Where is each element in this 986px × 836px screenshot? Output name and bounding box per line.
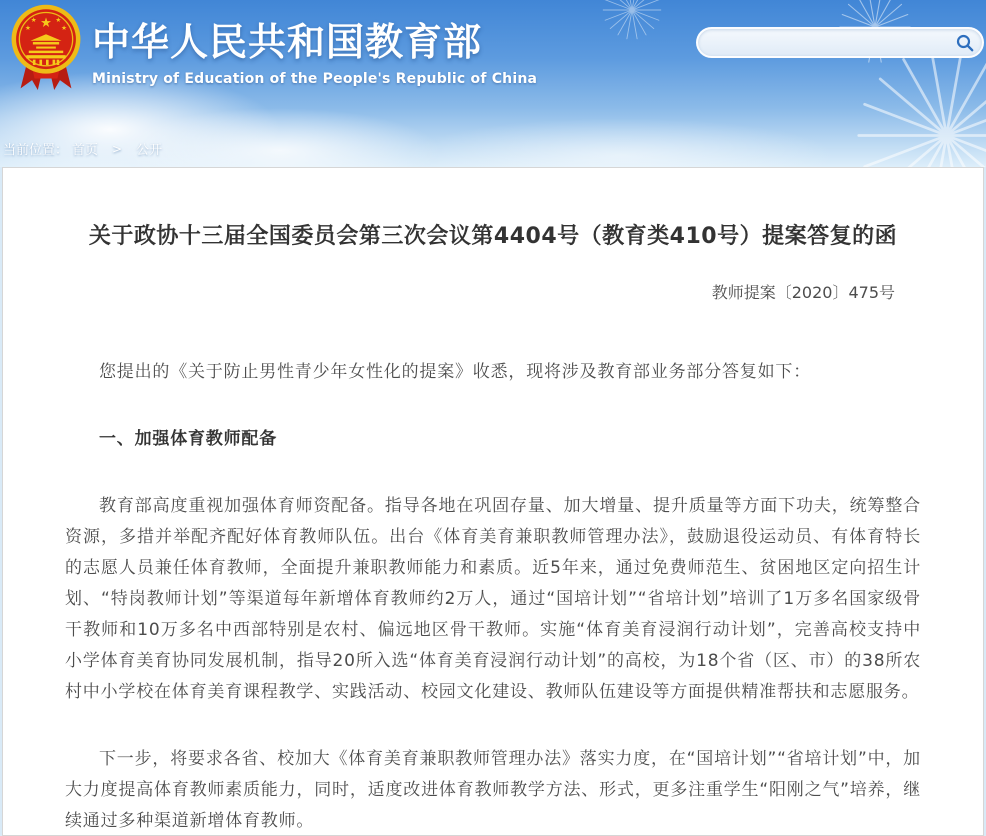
breadcrumb-separator: > — [112, 142, 122, 156]
svg-text:★: ★ — [55, 16, 61, 24]
document-number: 教师提案〔2020〕475号 — [65, 280, 921, 303]
search-icon — [955, 33, 975, 53]
site-logo-link[interactable]: ★ ★ ★ ★ ★ 中华人民共和国教育部 Ministry of Educati… — [5, 3, 485, 95]
search-box — [696, 27, 984, 58]
svg-text:★: ★ — [61, 24, 67, 32]
svg-text:★: ★ — [31, 16, 37, 24]
national-emblem-icon: ★ ★ ★ ★ ★ — [5, 3, 87, 95]
site-subtitle: Ministry of Education of the People's Re… — [92, 71, 537, 87]
breadcrumb-item-home[interactable]: 首页 — [72, 139, 98, 158]
next-steps-paragraph: 下一步，将要求各省、校加大《体育美育兼职教师管理办法》落实力度，在“国培计划”“… — [65, 744, 921, 836]
search-input[interactable] — [698, 29, 948, 56]
breadcrumb-location-label: 当前位置： — [3, 139, 68, 158]
search-button[interactable] — [948, 29, 982, 56]
body-paragraph: 教育部高度重视加强体育师资配备。指导各地在巩固存量、加大增量、提升质量等方面下功… — [65, 491, 921, 708]
breadcrumb: 当前位置： 首页 > 公开 — [3, 139, 162, 158]
breadcrumb-item-open[interactable]: 公开 — [136, 139, 162, 158]
intro-paragraph: 您提出的《关于防止男性青少年女性化的提案》收悉，现将涉及教育部业务部分答复如下： — [65, 357, 921, 388]
site-title: 中华人民共和国教育部 — [92, 11, 537, 66]
site-header: ★ ★ ★ ★ ★ 中华人民共和国教育部 Ministry of Educati… — [0, 0, 986, 167]
site-title-group: 中华人民共和国教育部 Ministry of Education of the … — [92, 11, 537, 87]
cloud-decoration — [406, 118, 836, 167]
svg-text:★: ★ — [25, 24, 31, 32]
cloud-decoration — [120, 108, 440, 167]
document-title: 关于政协十三届全国委员会第三次会议第4404号（教育类410号）提案答复的函 — [65, 222, 921, 252]
svg-text:★: ★ — [40, 16, 52, 31]
section-heading: 一、加强体育教师配备 — [65, 424, 921, 455]
document-body: 您提出的《关于防止男性青少年女性化的提案》收悉，现将涉及教育部业务部分答复如下：… — [65, 357, 921, 836]
dandelion-decoration — [600, 0, 664, 42]
document-panel: 关于政协十三届全国委员会第三次会议第4404号（教育类410号）提案答复的函 教… — [2, 167, 984, 836]
